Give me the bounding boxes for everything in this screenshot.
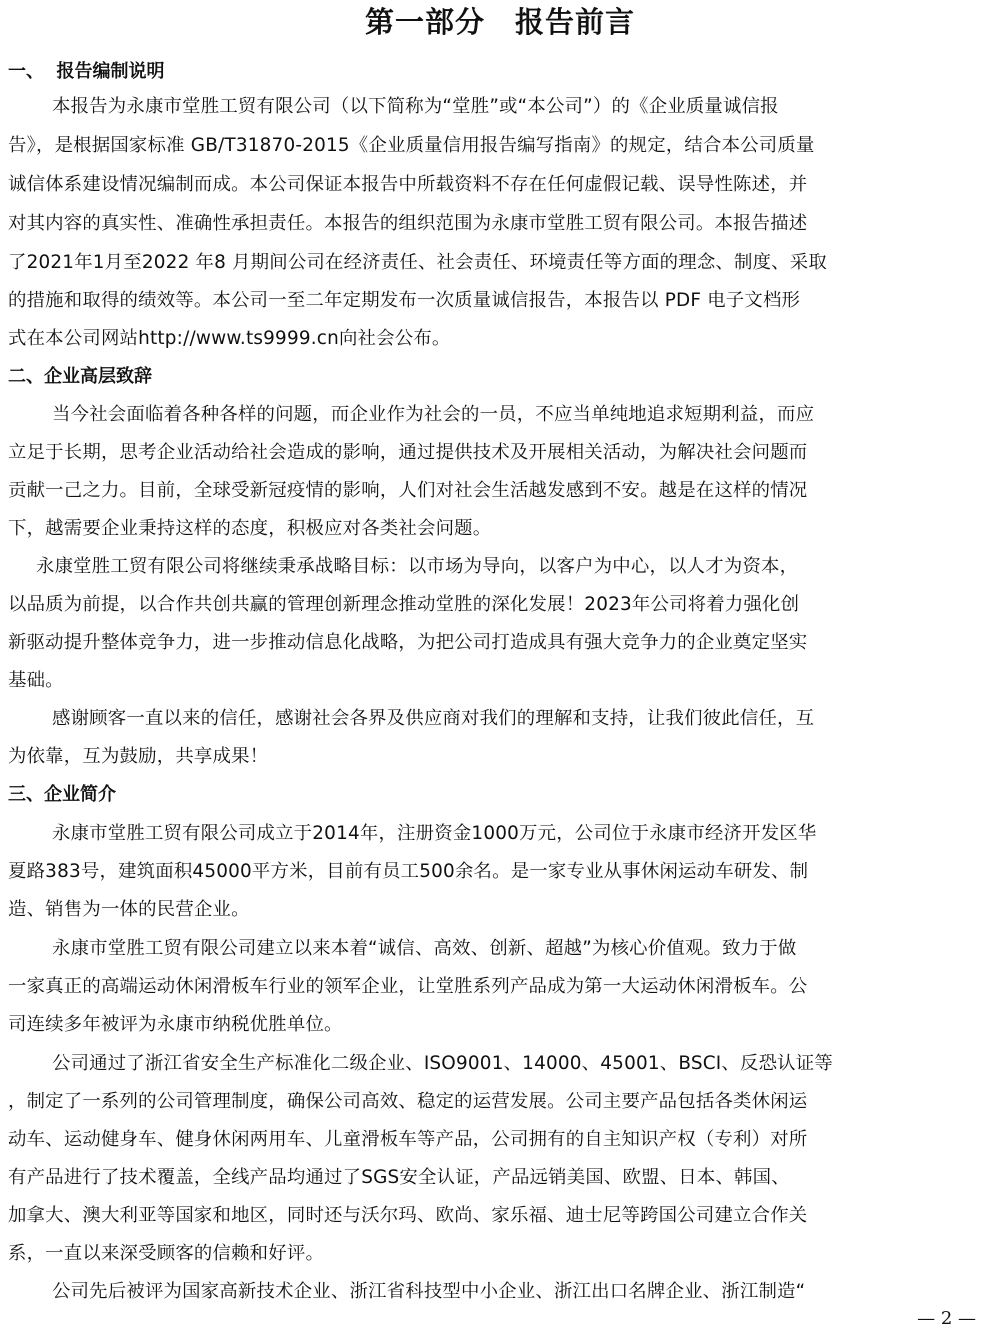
text-line: 司连续多年被评为永康市纳税优胜单位。 <box>8 1013 343 1037</box>
text-line: 下，越需要企业秉持这样的态度，积极应对各类社会问题。 <box>8 517 491 541</box>
text-line: 贡献一己之力。目前，全球受新冠疫情的影响，人们对社会生活越发感到不安。越是在这样… <box>8 479 807 503</box>
text-line: 永康市堂胜工贸有限公司建立以来本着“诚信、高效、创新、超越”为核心价值观。致力于… <box>52 937 797 961</box>
section-heading-company-profile: 三、企业简介 <box>8 783 116 807</box>
text-line: 公司先后被评为国家高新技术企业、浙江省科技型中小企业、浙江出口名牌企业、浙江制造… <box>52 1280 805 1304</box>
text-line: 诚信体系建设情况编制而成。本公司保证本报告中所载资料不存在任何虚假记载、误导性陈… <box>8 173 807 197</box>
text-line: 当今社会面临着各种各样的问题，而企业作为社会的一员，不应当单纯地追求短期利益，而… <box>52 403 814 427</box>
text-line: 永康堂胜工贸有限公司将继续秉承战略目标：以市场为导向，以客户为中心，以人才为资本… <box>36 555 798 579</box>
text-line: 一家真正的高端运动休闲滑板车行业的领军企业，让堂胜系列产品成为第一大运动休闲滑板… <box>8 975 807 999</box>
text-line: 基础。 <box>8 669 64 693</box>
text-line: 的措施和取得的绩效等。本公司一至二年定期发布一次质量诚信报告，本报告以 PDF … <box>8 289 800 313</box>
text-line: 造、销售为一体的民营企业。 <box>8 898 250 922</box>
text-line: ，制定了一系列的公司管理制度，确保公司高效、稳定的运营发展。公司主要产品包括各类… <box>8 1090 807 1114</box>
text-line: 动车、运动健身车、健身休闲两用车、儿童滑板车等产品，公司拥有的自主知识产权（专利… <box>8 1128 807 1152</box>
text-line: 本报告为永康市堂胜工贸有限公司（以下简称为“堂胜”或“本公司”）的《企业质量诚信… <box>52 95 779 119</box>
page-number: — 2 — <box>917 1308 976 1329</box>
text-line: 有产品进行了技术覆盖，全线产品均通过了SGS安全认证，产品远销美国、欧盟、日本、… <box>8 1166 790 1190</box>
text-line: 以品质为前提，以合作共创共赢的管理创新理念推动堂胜的深化发展！2023年公司将着… <box>8 593 799 617</box>
section-heading-executive-message: 二、企业高层致辞 <box>8 365 152 389</box>
text-line: 告》，是根据国家标准 GB/T31870-2015《企业质量信用报告编写指南》的… <box>8 134 815 158</box>
text-line: 立足于长期，思考企业活动给社会造成的影响，通过提供技术及开展相关活动，为解决社会… <box>8 441 807 465</box>
text-line: 式在本公司网站http://www.ts9999.cn向社会公布。 <box>8 327 451 351</box>
text-line: 夏路383号，建筑面积45000平方米，目前有员工500余名。是一家专业从事休闲… <box>8 860 808 884</box>
text-line: 公司通过了浙江省安全生产标准化二级企业、ISO9001、14000、45001、… <box>52 1052 833 1076</box>
section-heading-report-preparation: 一、 报告编制说明 <box>8 60 165 84</box>
text-line: 新驱动提升整体竞争力，进一步推动信息化战略，为把公司打造成具有强大竞争力的企业奠… <box>8 631 807 655</box>
text-line: 对其内容的真实性、准确性承担责任。本报告的组织范围为永康市堂胜工贸有限公司。本报… <box>8 212 807 236</box>
text-line: 永康市堂胜工贸有限公司成立于2014年，注册资金1000万元，公司位于永康市经济… <box>52 822 816 846</box>
text-line: 系，一直以来深受顾客的信赖和好评。 <box>8 1242 324 1266</box>
page-title: 第一部分 报告前言 <box>0 2 1000 42</box>
text-line: 感谢顾客一直以来的信任，感谢社会各界及供应商对我们的理解和支持，让我们彼此信任，… <box>52 707 814 731</box>
text-line: 为依靠，互为鼓励，共享成果！ <box>8 745 268 769</box>
text-line: 了2021年1月至2022 年8 月期间公司在经济责任、社会责任、环境责任等方面… <box>8 251 827 275</box>
text-line: 加拿大、澳大利亚等国家和地区，同时还与沃尔玛、欧尚、家乐福、迪士尼等跨国公司建立… <box>8 1204 807 1228</box>
